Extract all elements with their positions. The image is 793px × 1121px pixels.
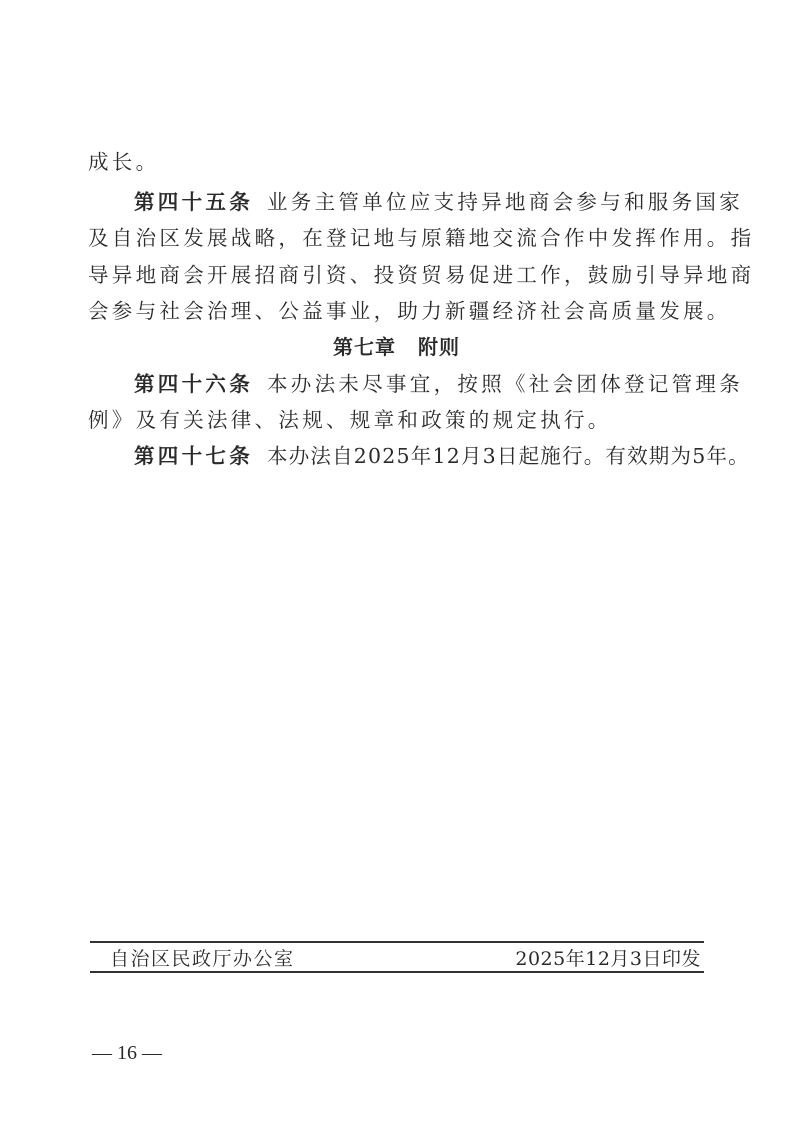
footer-top-rule xyxy=(90,941,704,943)
article-45-line-4: 会参与社会治理、公益事业，助力新疆经济社会高质量发展。 xyxy=(88,297,708,325)
article-46-line-2: 例》及有关法律、法规、规章和政策的规定执行。 xyxy=(88,406,708,434)
article-46-line-1: 第四十六条本办法未尽事宜，按照《社会团体登记管理条 xyxy=(134,370,754,398)
chapter-heading: 第七章附则 xyxy=(0,333,793,361)
continuation-text: 成长。 xyxy=(88,148,708,176)
footer-bottom-rule xyxy=(90,971,704,973)
issuer-name: 自治区民政厅办公室 xyxy=(110,946,295,972)
document-page: 成长。 第四十五条业务主管单位应支持异地商会参与和服务国家 及自治区发展战略，在… xyxy=(0,0,793,1121)
issue-date: 2025年12月3日印发 xyxy=(515,946,701,972)
chapter-title: 附则 xyxy=(418,335,460,359)
article-45-label: 第四十五条 xyxy=(134,190,253,214)
article-45-line-1: 第四十五条业务主管单位应支持异地商会参与和服务国家 xyxy=(134,188,754,216)
article-45-line-3: 导异地商会开展招商引资、投资贸易促进工作，鼓励引导异地商 xyxy=(88,261,708,289)
article-47-line-1: 第四十七条本办法自2025年12月3日起施行。有效期为5年。 xyxy=(134,442,754,470)
article-45-line-2: 及自治区发展战略，在登记地与原籍地交流合作中发挥作用。指 xyxy=(88,224,708,252)
article-47-label: 第四十七条 xyxy=(134,444,253,468)
chapter-number: 第七章 xyxy=(333,335,396,359)
page-number: — 16 — xyxy=(92,1042,162,1065)
article-46-label: 第四十六条 xyxy=(134,372,253,396)
